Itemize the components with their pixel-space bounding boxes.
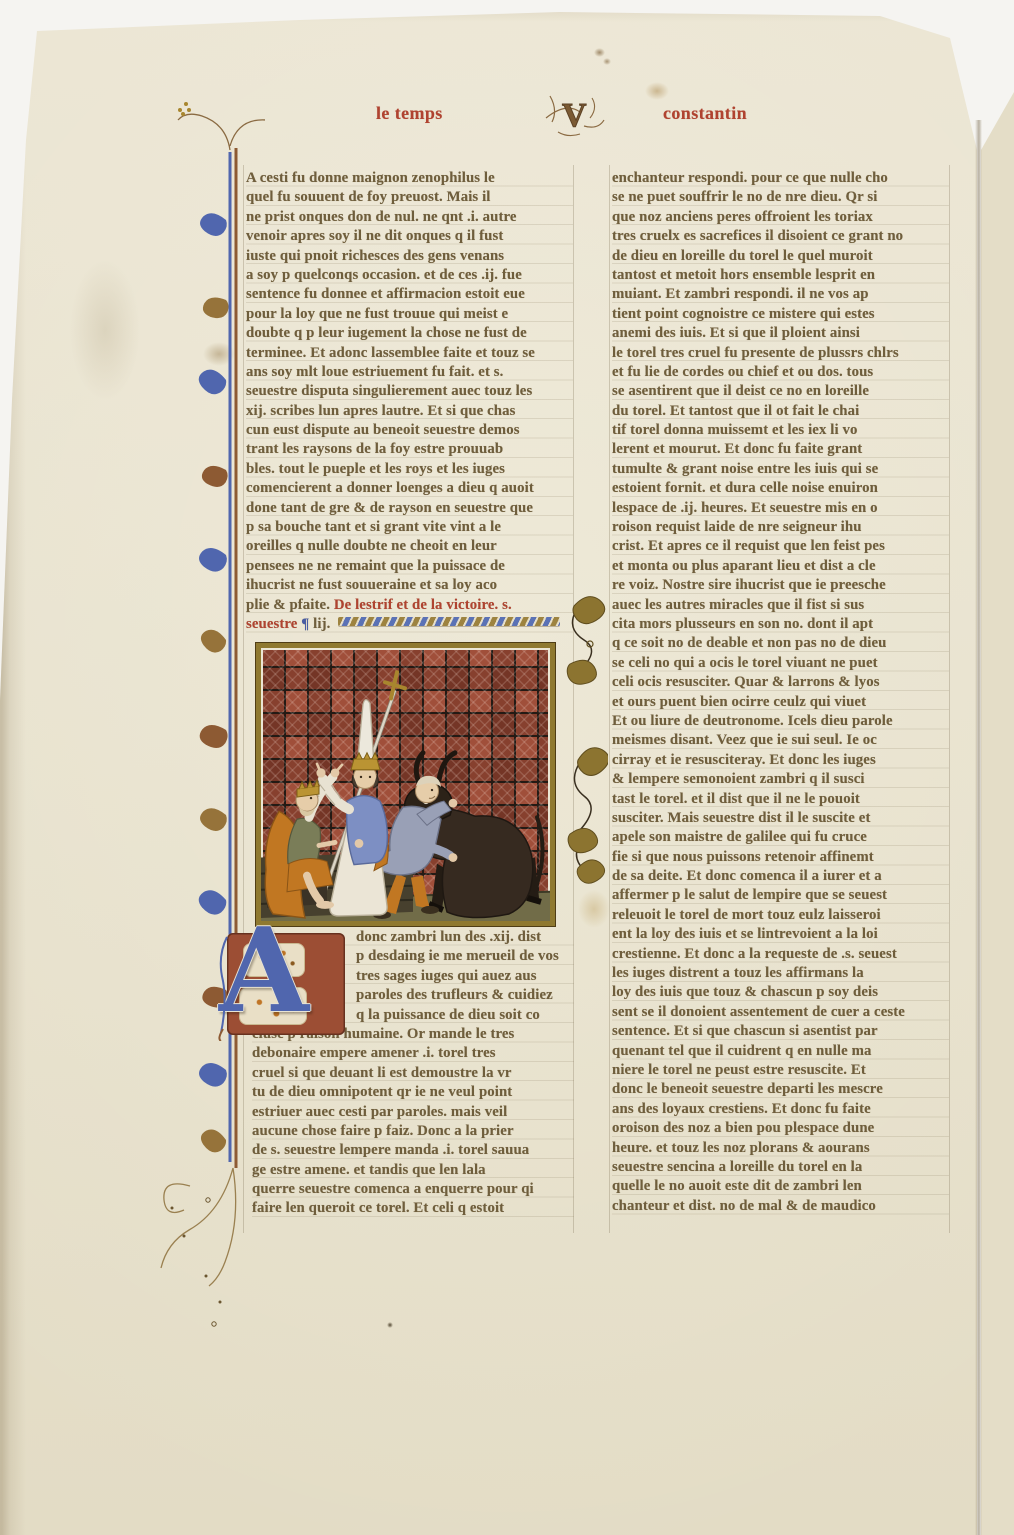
text-line: oreilles q nulle doubte ne cheoit en leu… <box>246 537 573 556</box>
miniature-saint-sylvester-and-bull <box>256 643 555 926</box>
text-line: oroison des noz a bien pou plespace dune <box>612 1119 949 1138</box>
text-line: susciter. Mais seuestre dist il le susci… <box>612 809 949 828</box>
text-line: releuoit le torel de mort touz eulz lais… <box>612 906 949 925</box>
text-line: cun eust dispute au beneoit seuestre dem… <box>246 421 573 440</box>
text-line: cirray et ie resusciteray. Et donc les i… <box>612 751 949 770</box>
text-line: crestienne. Et donc a la requeste de .s.… <box>612 945 949 964</box>
text-line: A cesti fu donne maignon zenophilus le <box>246 169 573 188</box>
text-line: loy des iuis que touz & chascun p soy de… <box>612 983 949 1002</box>
text-line: auec les autres miracles que il fist si … <box>612 596 949 615</box>
text-line: chanteur et dist. no de mal & de maudico <box>612 1197 949 1216</box>
text-line: tast le torel. et il dist que il ne le p… <box>612 790 949 809</box>
text-line: de sa deite. Et donc comenca il a iurer … <box>612 867 949 886</box>
text-line: ans des loyaux crestiens. Et donc fu fai… <box>612 1100 949 1119</box>
text-line: affermer p le salut de lempire que se se… <box>612 886 949 905</box>
text-line: iuste qui pnoit richesces des gens venan… <box>246 247 573 266</box>
text-line: sentence. Et si que chascun si asentist … <box>612 1022 949 1041</box>
text-line: estriuer auec cesti par paroles. mais ve… <box>252 1103 574 1122</box>
text-line: meismes disant. Veez que ie sui seul. Ie… <box>612 731 949 750</box>
text-line: tient point cognoistre ce mistere qui es… <box>612 305 949 324</box>
text-line: et monta ou plus aparant lieu et dist a … <box>612 557 949 576</box>
text-line: seuestre sencina a loreille du torel en … <box>612 1158 949 1177</box>
text-line: quel fu souuent de foy preuost. Mais il <box>246 188 573 207</box>
text-line: muiant. Et zambri respondi. il ne vos ap <box>612 285 949 304</box>
text-line: que noz anciens peres offroient les tori… <box>612 208 949 227</box>
column-left-upper: A cesti fu donne maignon zenophilus lequ… <box>246 169 573 639</box>
ornament-letter: V <box>562 97 587 134</box>
text-line: se ne puet souffrir le no de nre dieu. Q… <box>612 188 949 207</box>
text-line: Et ou liure de deutronome. Icels dieu pa… <box>612 712 949 731</box>
penwork-flourish <box>178 114 265 150</box>
text-line: trant les raysons de la foy estre prouua… <box>246 440 573 459</box>
text-line: fie si que nous puissons retenoir affine… <box>612 848 949 867</box>
text-line: querre seuestre comenca a enquerre pour … <box>252 1180 574 1199</box>
text-line: done tant de gre & de rayson en seuestre… <box>246 499 573 518</box>
text-line: et fu lie de cordes ou chief et ou dos. … <box>612 363 949 382</box>
text-line: sent se il donoient assentement de cuer … <box>612 1003 949 1022</box>
text-line: ihucrist ne fust souueraine et sa loy ac… <box>246 576 573 595</box>
text-line: comencierent a donner loenges a dieu q a… <box>246 479 573 498</box>
text-line: roison requist laide de nre seigneur ihu <box>612 518 949 537</box>
gutter-crease <box>975 120 982 1535</box>
ruling-line <box>609 165 610 1233</box>
manuscript-scan: le temps constantin V <box>0 0 1014 1535</box>
running-title-left: le temps <box>376 103 443 124</box>
text-line: q ce soit no de deable et non pas no de … <box>612 634 949 653</box>
text-line: re voiz. Nostre sire ihucrist que ie pre… <box>612 576 949 595</box>
text-segment: plie & pfaite. <box>246 597 334 613</box>
column-right: enchanteur respondi. pour ce que nulle c… <box>612 169 949 1221</box>
text-line: debonaire empere amener .i. torel tres <box>252 1044 574 1063</box>
text-line: ne prist onques don de nul. ne qnt .i. a… <box>246 208 573 227</box>
text-line: lerent et mourut. Et donc fu faite grant <box>612 440 949 459</box>
text-segment: De lestrif et de la victoire. s. <box>334 597 512 613</box>
text-line: faire len queroit ce torel. Et celi q es… <box>252 1199 574 1218</box>
text-line: celi ocis resusciter. Quar & larrons & l… <box>612 673 949 692</box>
miniature-scene <box>261 648 550 921</box>
text-line: anemi des iuis. Et si que il ploient ain… <box>612 324 949 343</box>
text-line: quenant tel que il cuidrent q en nulle m… <box>612 1042 949 1061</box>
text-line: cruel si que deuant li est demoustre la … <box>252 1064 574 1083</box>
text-line: & lempere semonoient zambri q il susci <box>612 770 949 789</box>
text-line: seuestre disputa singulierement auec tou… <box>246 382 573 401</box>
text-line: tif torel donna muissemt et les iex li v… <box>612 421 949 440</box>
line-filler-ornament <box>338 617 560 626</box>
text-line: terminee. Et adonc lassemblee faite et t… <box>246 344 573 363</box>
text-line: le torel tres cruel fu presente de pluss… <box>612 344 949 363</box>
illuminated-initial-A: A <box>213 929 353 1041</box>
text-line: a soy p quelconqs occasion. et de ces .i… <box>246 266 573 285</box>
running-title-ornament: V <box>540 88 610 140</box>
text-line: niere le torel ne peust estre resuscite.… <box>612 1061 949 1080</box>
text-line: pour la loy que ne fust trouue qui meist… <box>246 305 573 324</box>
text-line: du torel. Et tantost que il ot fait le c… <box>612 402 949 421</box>
text-line: ent la loy des iuis et se lintrevoient a… <box>612 925 949 944</box>
text-line: ans soy mlt loue estriuement fu fait. et… <box>246 363 573 382</box>
text-line: tres cruelx es sacrefices il disoient ce… <box>612 227 949 246</box>
text-line: bles. tout le pueple et les roys et les … <box>246 460 573 479</box>
text-line: de s. seuestre lempere manda .i. torel s… <box>252 1141 574 1160</box>
text-line: donc le beneoit seuestre departi les mes… <box>612 1080 949 1099</box>
text-line: tantost et metoit hors ensemble lesprit … <box>612 266 949 285</box>
text-line: aucune chose faire p faiz. Donc a la pri… <box>252 1122 574 1141</box>
text-segment: seuestre <box>246 616 301 632</box>
text-line: p sa bouche tant et si grant vite vint a… <box>246 518 573 537</box>
text-line: ge estre amene. et tandis que len lala <box>252 1161 574 1180</box>
text-line: xij. scribes lun apres lautre. Et si que… <box>246 402 573 421</box>
initial-flourish <box>213 929 353 1041</box>
ruling-line <box>949 165 950 1233</box>
text-line: tumulte & grant noise entre les iuis qui… <box>612 460 949 479</box>
text-line: les iuges distrent a touz les affirmans … <box>612 964 949 983</box>
text-line: et ours puent bien ocirre ceulz qui viue… <box>612 693 949 712</box>
text-line: enchanteur respondi. pour ce que nulle c… <box>612 169 949 188</box>
text-line: tu de dieu omnipotent qr ie ne veul poin… <box>252 1083 574 1102</box>
text-line: plie & pfaite. De lestrif et de la victo… <box>246 596 573 615</box>
text-line: estoient fornit. et dura celle noise enu… <box>612 479 949 498</box>
running-title-right: constantin <box>663 103 747 124</box>
text-line: venoir apres soy il ne dit onques q il f… <box>246 227 573 246</box>
text-line: crist. Et apres ce il requist que len fe… <box>612 537 949 556</box>
text-line: se celi no qui a ocis le torel viuant ne… <box>612 654 949 673</box>
text-line: heure. et touz les noz plorans & aourans <box>612 1139 949 1158</box>
text-line: quelle le no auoit este dit de zambri le… <box>612 1177 949 1196</box>
penwork-flourish <box>161 1168 236 1286</box>
ivy-sprig-decoration <box>552 596 608 886</box>
text-line: sentence fu donnee et affirmacion estoit… <box>246 285 573 304</box>
text-line: cita mors plusseurs en son no. dont il a… <box>612 615 949 634</box>
text-segment: lij. <box>309 616 330 632</box>
text-line: apele son maistre de galilee qui fu cruc… <box>612 828 949 847</box>
text-line: se asentirent que il deist ce no en lore… <box>612 382 949 401</box>
text-line: pensees ne ne remaint que la puissace de <box>246 557 573 576</box>
text-line: lespace de .ij. heures. Et seuestre mis … <box>612 499 949 518</box>
text-line: doubte q p leur iugement la chose ne fus… <box>246 324 573 343</box>
text-line: seuestre ¶ lij. <box>246 615 573 634</box>
text-line: de dieu en loreille du torel le quel mur… <box>612 247 949 266</box>
